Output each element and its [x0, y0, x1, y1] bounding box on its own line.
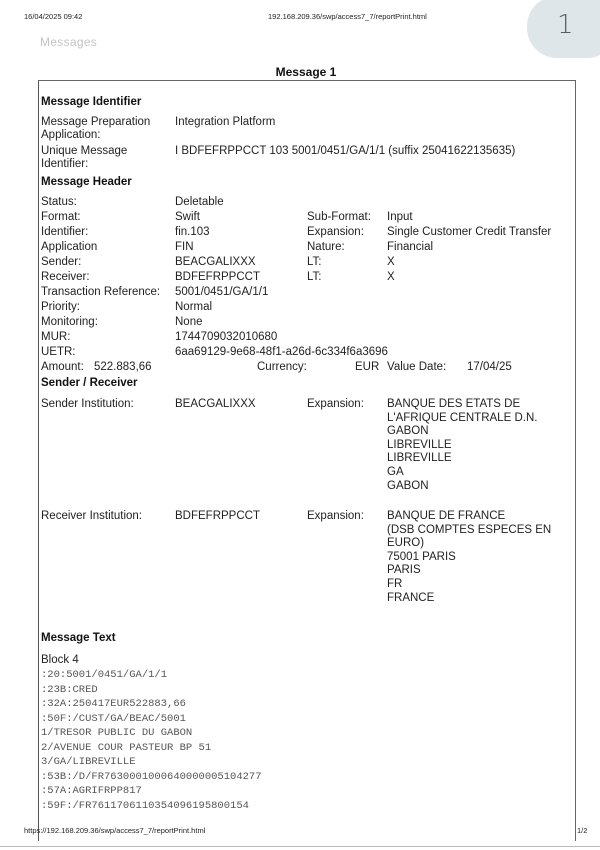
amount-label: Amount: — [41, 361, 84, 374]
field-value: fin.103 — [175, 226, 210, 239]
message-text-line: :23B:CRED — [41, 683, 575, 698]
receiver-institution: Receiver Institution: BDFEFRPPCCT Expans… — [41, 510, 575, 622]
field-value-secondary: Input — [387, 211, 413, 224]
field-label: Application — [41, 241, 171, 254]
field-label-secondary: Nature: — [307, 241, 345, 254]
expansion-line: GABON — [387, 425, 537, 439]
field-value: BEACGALIXXX — [175, 256, 256, 269]
field-value: Normal — [175, 301, 212, 314]
expansion-line: GA — [387, 466, 537, 480]
block-label: Block 4 — [41, 654, 575, 668]
field-label-secondary: LT: — [307, 256, 322, 269]
sender-institution: Sender Institution: BEACGALIXXX Expansio… — [41, 398, 575, 510]
expansion-line: BANQUE DE FRANCE — [387, 510, 551, 524]
value-date-value: 17/04/25 — [467, 361, 512, 374]
header-row: Priority:Normal — [41, 301, 575, 316]
expansion-line: (DSB COMPTES ESPECES EN — [387, 524, 551, 538]
message-text-line: :50F:/CUST/GA/BEAC/5001 — [41, 712, 575, 727]
section-message-text: Message Text — [41, 630, 575, 646]
print-footer-url: https://192.168.209.36/swp/access7_7/rep… — [24, 826, 205, 835]
field-value: I BDFEFRPPCCT 103 5001/0451/GA/1/1 (suff… — [175, 145, 515, 158]
field-label: Monitoring: — [41, 316, 171, 329]
sender-expansion-label: Expansion: — [307, 398, 364, 411]
field-label: Identifier: — [41, 226, 171, 239]
field-value-secondary: X — [387, 256, 395, 269]
field-value: None — [175, 316, 203, 329]
message-text-line: 1/TRESOR PUBLIC DU GABON — [41, 726, 575, 741]
message-text-line: :32A:250417EUR522883,66 — [41, 697, 575, 712]
page-number-badge: 1 — [527, 0, 600, 58]
message-content: Message Identifier Message Preparation A… — [41, 94, 575, 813]
currency-value: EUR — [355, 361, 379, 374]
expansion-line: FRANCE — [387, 592, 551, 606]
expansion-line: PARIS — [387, 564, 551, 578]
field-value-secondary: Financial — [387, 241, 433, 254]
field-label-secondary: LT: — [307, 271, 322, 284]
print-footer-page: 1/2 — [577, 826, 587, 835]
header-row: Transaction Reference:5001/0451/GA/1/1 — [41, 286, 575, 301]
expansion-line: L'AFRIQUE CENTRALE D.N. — [387, 412, 537, 426]
section-message-header: Message Header — [41, 174, 575, 190]
field-label: MUR: — [41, 331, 171, 344]
field-unique-message-identifier: Unique Message Identifier: I BDFEFRPPCCT… — [41, 145, 575, 174]
message-text-line: :59F:/FR7611706110354096195800154 — [41, 799, 575, 814]
header-row: Format:SwiftSub-Format:Input — [41, 211, 575, 226]
field-value: Integration Platform — [175, 116, 275, 129]
field-value: 5001/0451/GA/1/1 — [175, 286, 268, 299]
message-frame: Message Identifier Message Preparation A… — [38, 80, 576, 841]
header-row: Identifier:fin.103Expansion:Single Custo… — [41, 226, 575, 241]
receiver-expansion: BANQUE DE FRANCE(DSB COMPTES ESPECES ENE… — [387, 510, 551, 605]
field-value-secondary: X — [387, 271, 395, 284]
field-label: Format: — [41, 211, 171, 224]
sender-expansion: BANQUE DES ETATS DEL'AFRIQUE CENTRALE D.… — [387, 398, 537, 493]
amount-row: Amount: 522.883,66 Currency: EUR Value D… — [41, 361, 575, 375]
field-label: Status: — [41, 196, 171, 209]
field-label: Transaction Reference: — [41, 286, 171, 299]
sender-institution-label: Sender Institution: — [41, 398, 171, 411]
print-datetime: 16/04/2025 09:42 — [24, 12, 82, 21]
field-label: Sender: — [41, 256, 171, 269]
field-value-secondary: Single Customer Credit Transfer — [387, 226, 551, 239]
message-text-line: 3/GA/LIBREVILLE — [41, 755, 575, 770]
message-header-rows: Status:DeletableFormat:SwiftSub-Format:I… — [41, 196, 575, 361]
expansion-line: LIBREVILLE — [387, 452, 537, 466]
header-row: Monitoring:None — [41, 316, 575, 331]
message-text-line: :57A:AGRIFRPP817 — [41, 784, 575, 799]
field-label: Receiver: — [41, 271, 171, 284]
message-text-block: :20:5001/0451/GA/1/1:23B:CRED:32A:250417… — [41, 668, 575, 813]
message-text-line: :20:5001/0451/GA/1/1 — [41, 668, 575, 683]
receiver-bic: BDFEFRPPCCT — [175, 510, 260, 523]
message-text-line: 2/AVENUE COUR PASTEUR BP 51 — [41, 741, 575, 756]
field-value: 6aa69129-9e68-48f1-a26d-6c334f6a3696 — [175, 346, 388, 359]
field-label: Priority: — [41, 301, 171, 314]
section-message-identifier: Message Identifier — [41, 94, 575, 110]
header-row: Receiver:BDFEFRPPCCTLT:X — [41, 271, 575, 286]
header-row: UETR:6aa69129-9e68-48f1-a26d-6c334f6a369… — [41, 346, 575, 361]
field-value: FIN — [175, 241, 194, 254]
expansion-line: BANQUE DES ETATS DE — [387, 398, 537, 412]
receiver-institution-label: Receiver Institution: — [41, 510, 171, 523]
app-title: Messages — [40, 35, 97, 49]
expansion-line: GABON — [387, 480, 537, 494]
field-label: Unique Message Identifier: — [41, 145, 171, 171]
field-value: BDFEFRPPCCT — [175, 271, 260, 284]
expansion-line: EURO) — [387, 537, 551, 551]
receiver-expansion-label: Expansion: — [307, 510, 364, 523]
header-row: MUR:1744709032010680 — [41, 331, 575, 346]
field-value: Swift — [175, 211, 200, 224]
field-value: Deletable — [175, 196, 224, 209]
sender-bic: BEACGALIXXX — [175, 398, 256, 411]
section-sender-receiver: Sender / Receiver — [41, 375, 575, 391]
header-row: Status:Deletable — [41, 196, 575, 211]
expansion-line: LIBREVILLE — [387, 439, 537, 453]
page-edge — [0, 846, 600, 847]
amount-value: 522.883,66 — [94, 361, 152, 374]
field-label-secondary: Sub-Format: — [307, 211, 371, 224]
expansion-line: 75001 PARIS — [387, 551, 551, 565]
header-row: ApplicationFINNature:Financial — [41, 241, 575, 256]
report-title: Message 1 — [0, 65, 600, 79]
expansion-line: FR — [387, 578, 551, 592]
block-4-label: Block 4 — [41, 654, 79, 667]
field-label: Message Preparation Application: — [41, 116, 171, 142]
value-date-label: Value Date: — [387, 361, 446, 374]
field-value: 1744709032010680 — [175, 331, 277, 344]
field-label-secondary: Expansion: — [307, 226, 364, 239]
currency-label: Currency: — [257, 361, 307, 374]
header-row: Sender:BEACGALIXXXLT:X — [41, 256, 575, 271]
message-text-line: :53B:/D/FR7630001000640000005104277 — [41, 770, 575, 785]
print-header-url: 192.168.209.36/swp/access7_7/reportPrint… — [268, 12, 427, 21]
field-label: UETR: — [41, 346, 171, 359]
page-number: 1 — [557, 10, 574, 40]
field-message-preparation-application: Message Preparation Application: Integra… — [41, 116, 575, 145]
